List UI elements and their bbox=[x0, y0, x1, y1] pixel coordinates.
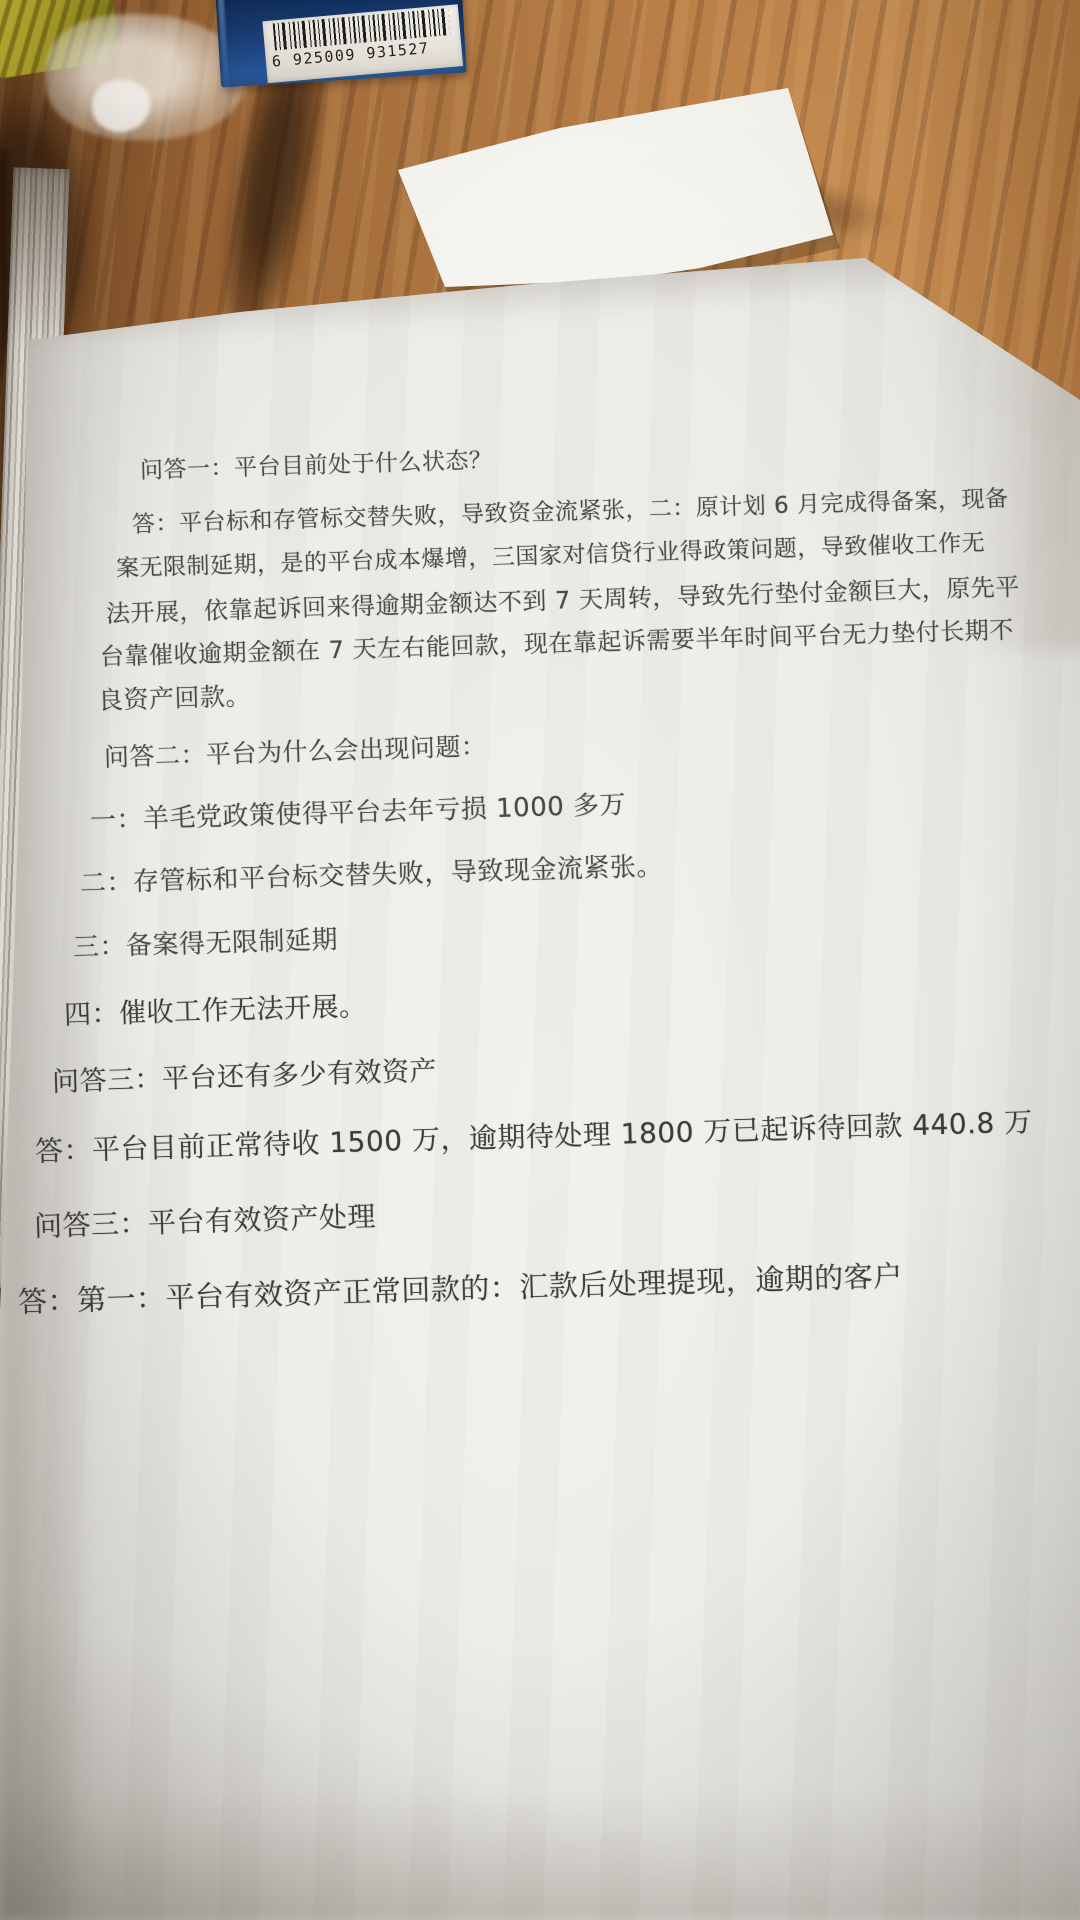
text-line-q2-item3: 三：备案得无限制延期 bbox=[72, 919, 338, 964]
paper-bottom-shadow bbox=[0, 1790, 1080, 1920]
plastic-wrap bbox=[46, 14, 246, 140]
barcode-label: 6 925009 931527 bbox=[262, 4, 463, 83]
photo-of-document: 6 925009 931527 问答一：平台目前处于什么状态？ 答：平台标和存管… bbox=[0, 0, 1080, 1920]
text-line-a1-5: 良资产回款。 bbox=[97, 676, 251, 717]
product-box: 6 925009 931527 bbox=[215, 0, 466, 87]
